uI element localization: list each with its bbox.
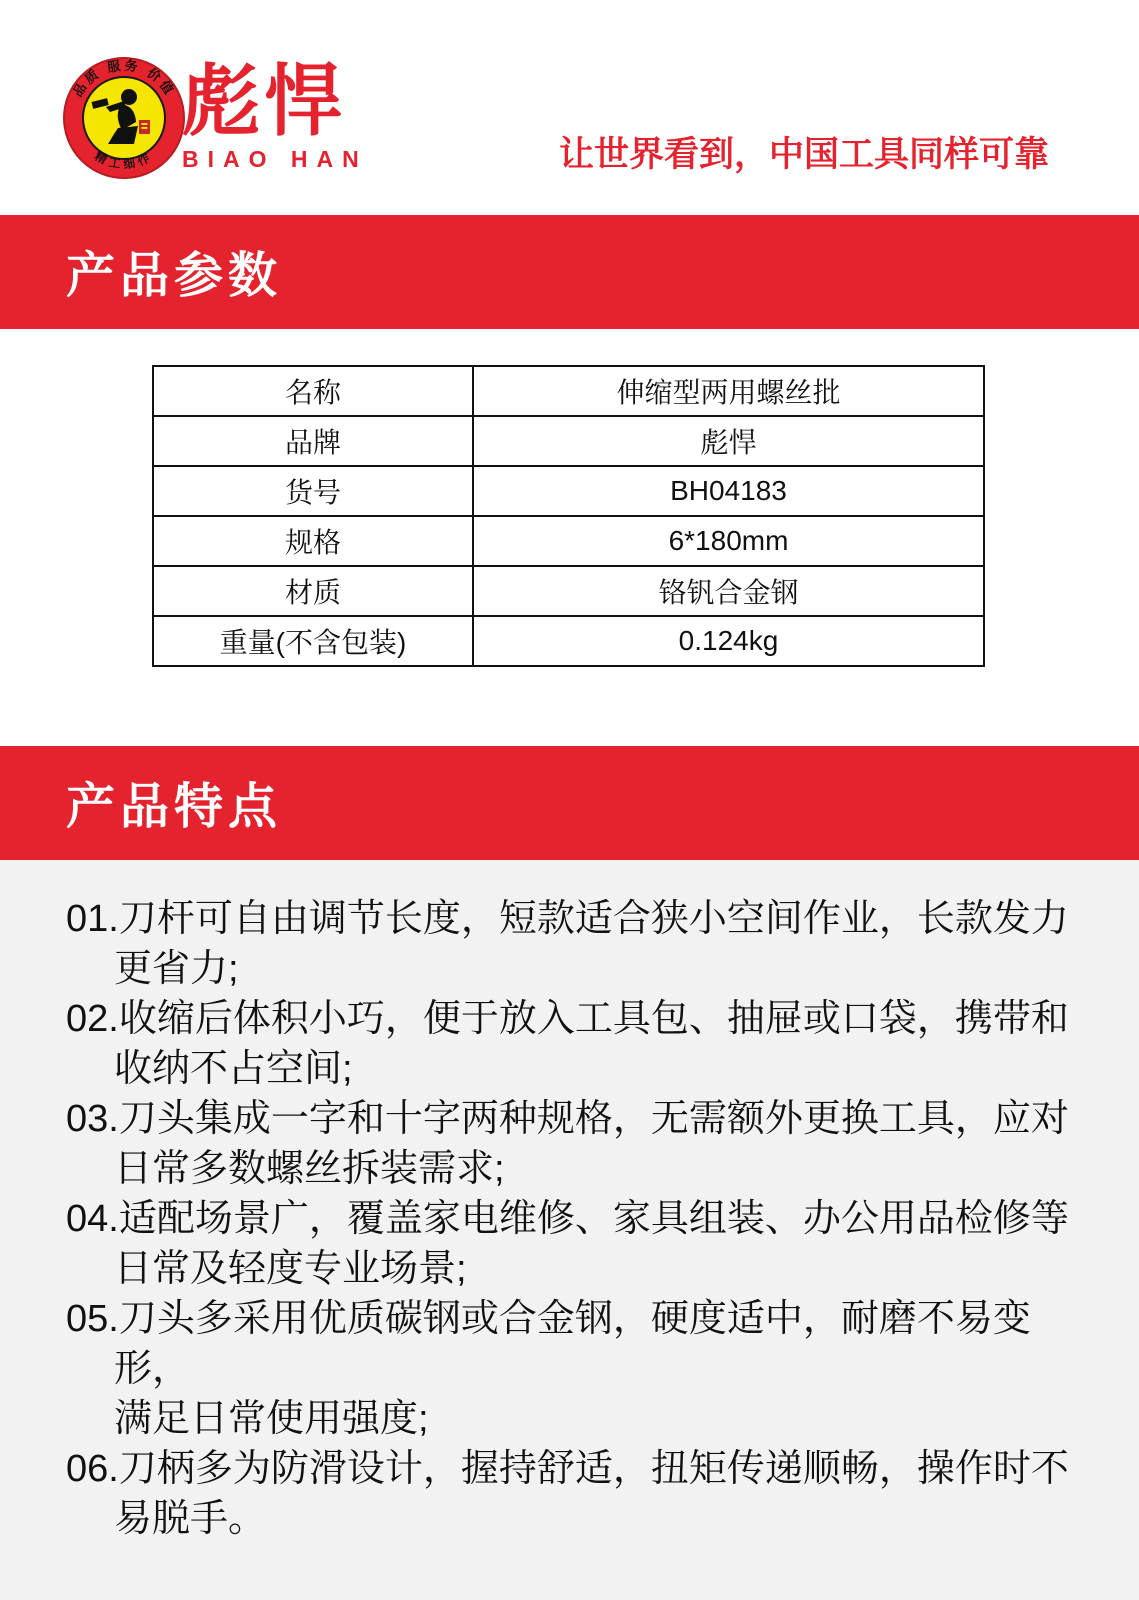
spec-value: BH04183 bbox=[473, 466, 984, 516]
product-detail-page: 品质 服务 价值 精工细作 彪悍 BIAO HAN 让世界看到，中国工具同样可靠 bbox=[0, 0, 1139, 1600]
spec-label: 规格 bbox=[153, 516, 473, 566]
feature-number: 01. bbox=[66, 898, 119, 940]
brand-name-en: BIAO HAN bbox=[182, 146, 368, 173]
spec-table-area: 名称 伸缩型两用螺丝批 品牌 彪悍 货号 BH04183 规格 6*180mm … bbox=[0, 329, 1139, 746]
spec-value: 伸缩型两用螺丝批 bbox=[473, 366, 984, 416]
feature-text: 刀头多采用优质碳钢或合金钢，硬度适中，耐磨不易变形， bbox=[114, 1298, 1031, 1390]
list-item: 02.收缩后体积小巧，便于放入工具包、抽屉或口袋，携带和 收纳不占空间; bbox=[66, 994, 1097, 1094]
table-row: 材质 铬钒合金钢 bbox=[153, 566, 984, 616]
feature-text: 刀杆可自由调节长度，短款适合狭小空间作业，长款发力 bbox=[119, 898, 1069, 940]
feature-number: 06. bbox=[66, 1448, 119, 1490]
list-item: 03.刀头集成一字和十字两种规格，无需额外更换工具，应对 日常多数螺丝拆装需求; bbox=[66, 1094, 1097, 1194]
table-row: 规格 6*180mm bbox=[153, 516, 984, 566]
list-item: 04.适配场景广，覆盖家电维修、家具组装、办公用品检修等 日常及轻度专业场景; bbox=[66, 1194, 1097, 1294]
brand-tagline: 让世界看到，中国工具同样可靠 bbox=[559, 127, 1049, 177]
table-row: 重量(不含包装) 0.124kg bbox=[153, 616, 984, 666]
feature-text: 刀柄多为防滑设计，握持舒适，扭矩传递顺畅，操作时不 bbox=[119, 1448, 1069, 1490]
spec-label: 货号 bbox=[153, 466, 473, 516]
feature-text: 满足日常使用强度; bbox=[114, 1398, 429, 1440]
feature-text: 收纳不占空间; bbox=[114, 1048, 353, 1090]
feature-text: 适配场景广，覆盖家电维修、家具组装、办公用品检修等 bbox=[119, 1198, 1069, 1240]
spec-value: 彪悍 bbox=[473, 416, 984, 466]
feature-text: 更省力; bbox=[114, 948, 239, 990]
spec-label: 名称 bbox=[153, 366, 473, 416]
features-list: 01.刀杆可自由调节长度，短款适合狭小空间作业，长款发力 更省力; 02.收缩后… bbox=[0, 860, 1139, 1600]
feature-text: 日常及轻度专业场景; bbox=[114, 1248, 467, 1290]
spec-label: 重量(不含包装) bbox=[153, 616, 473, 666]
list-item: 06.刀柄多为防滑设计，握持舒适，扭矩传递顺畅，操作时不 易脱手。 bbox=[66, 1444, 1097, 1544]
table-row: 货号 BH04183 bbox=[153, 466, 984, 516]
spec-label: 材质 bbox=[153, 566, 473, 616]
spec-value: 0.124kg bbox=[473, 616, 984, 666]
list-item: 05.刀头多采用优质碳钢或合金钢，硬度适中，耐磨不易变形， 满足日常使用强度; bbox=[66, 1294, 1097, 1444]
brand-block: 彪悍 BIAO HAN bbox=[182, 62, 368, 173]
section-banner-params: 产品参数 bbox=[0, 215, 1139, 329]
feature-text: 易脱手。 bbox=[114, 1498, 266, 1540]
spec-label: 品牌 bbox=[153, 416, 473, 466]
section-banner-features: 产品特点 bbox=[0, 746, 1139, 860]
feature-number: 04. bbox=[66, 1198, 119, 1240]
feature-number: 05. bbox=[66, 1298, 119, 1340]
feature-number: 03. bbox=[66, 1098, 119, 1140]
feature-text: 刀头集成一字和十字两种规格，无需额外更换工具，应对 bbox=[119, 1098, 1069, 1140]
list-item: 01.刀杆可自由调节长度，短款适合狭小空间作业，长款发力 更省力; bbox=[66, 894, 1097, 994]
params-section-title: 产品参数 bbox=[66, 237, 282, 307]
brand-badge-icon: 品质 服务 价值 精工细作 bbox=[62, 56, 186, 180]
brand-name-cn: 彪悍 bbox=[182, 62, 368, 140]
spec-value: 铬钒合金钢 bbox=[473, 566, 984, 616]
feature-number: 02. bbox=[66, 998, 119, 1040]
table-row: 品牌 彪悍 bbox=[153, 416, 984, 466]
feature-text: 日常多数螺丝拆装需求; bbox=[114, 1148, 505, 1190]
features-section-title: 产品特点 bbox=[66, 768, 282, 838]
feature-text: 收缩后体积小巧，便于放入工具包、抽屉或口袋，携带和 bbox=[119, 998, 1069, 1040]
header: 品质 服务 价值 精工细作 彪悍 BIAO HAN 让世界看到，中国工具同样可靠 bbox=[0, 0, 1139, 215]
table-row: 名称 伸缩型两用螺丝批 bbox=[153, 366, 984, 416]
spec-value: 6*180mm bbox=[473, 516, 984, 566]
spec-table: 名称 伸缩型两用螺丝批 品牌 彪悍 货号 BH04183 规格 6*180mm … bbox=[152, 365, 985, 667]
